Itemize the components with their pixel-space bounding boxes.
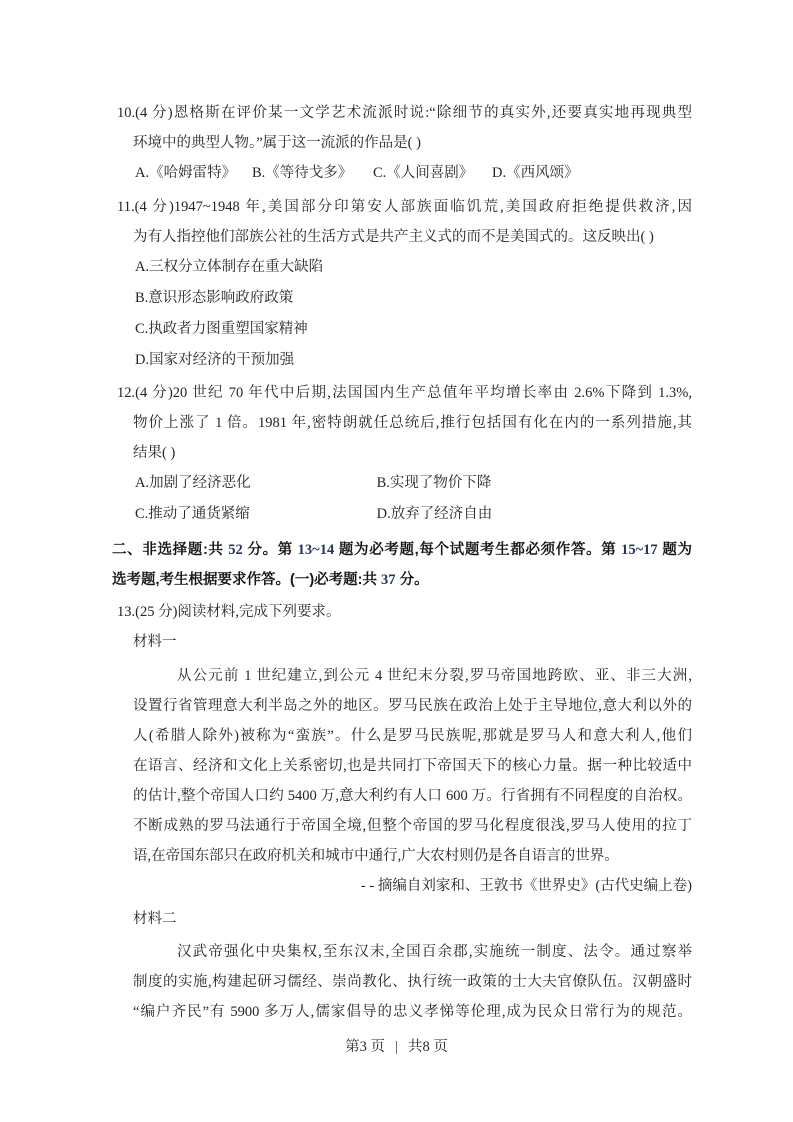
material-2-line-1: 汉武帝强化中央集权,至东汉末,全国百余郡,实施统一制度、法令。通过察举 [133, 937, 692, 967]
material-1-line-1: 从公元前 1 世纪建立,到公元 4 世纪末分裂,罗马帝国地跨欧、亚、非三大洲, [133, 661, 692, 691]
question-10: 10.(4 分)恩格斯在评价某一文学艺术流派时说:“除细节的真实外,还要真实地再… [117, 98, 692, 188]
question-12: 12.(4 分)20 世纪 70 年代中后期,法国国内生产总值年平均增长率由 2… [117, 378, 692, 530]
option-11-a: A.三权分立体制存在重大缺陷 [135, 252, 692, 283]
material-1-line-7: 语,在帝国东部只在政府机关和城市中通行,广大农村则仍是各自语言的世界。 [133, 841, 692, 871]
material-1-line-4: 在语言、经济和文化上关系密切,也是共同打下帝国天下的核心力量。据一种比较适中 [133, 751, 692, 781]
option-12-c: C.推动了通货紧缩 [135, 499, 373, 530]
question-11: 11.(4 分)1947~1948 年,美国部分印第安人部族面临饥荒,美国政府拒… [117, 192, 692, 376]
question-12-options: A.加剧了经济恶化 B.实现了物价下降 C.推动了通货紧缩 D.放弃了经济自由 [117, 468, 692, 530]
question-11-options: A.三权分立体制存在重大缺陷 B.意识形态影响政府政策 C.执政者力图重塑国家精… [117, 252, 692, 376]
question-12-line-1: 12.(4 分)20 世纪 70 年代中后期,法国国内生产总值年平均增长率由 2… [117, 378, 692, 408]
option-12-a: A.加剧了经济恶化 [135, 468, 373, 499]
material-1-attribution: - - 摘编自刘家和、王敦书《世界史》(古代史编上卷) [133, 871, 692, 901]
material-2-line-2: 制度的实施,构建起研习儒经、崇尚教化、执行统一政策的士大夫官僚队伍。汉朝盛时 [133, 967, 692, 997]
exam-page: 10.(4 分)恩格斯在评价某一文学艺术流派时说:“除细节的真实外,还要真实地再… [0, 0, 793, 1122]
footer-total-pages: 共8 页 [408, 1039, 448, 1055]
option-11-b: B.意识形态影响政府政策 [135, 283, 692, 314]
material-2-line-3: “编户齐民”有 5900 多万人,儒家倡导的忠义孝悌等伦理,成为民众日常行为的规… [133, 997, 692, 1027]
question-12-line-2: 物价上涨了 1 倍。1981 年,密特朗就任总统后,推行包括国有化在内的一系列措… [133, 408, 692, 438]
option-11-d: D.国家对经济的干预加强 [135, 345, 692, 376]
question-12-options-row-1: A.加剧了经济恶化 B.实现了物价下降 [135, 468, 692, 499]
material-1-line-3: 人(希腊人除外)被称为“蛮族”。什么是罗马民族呢,那就是罗马人和意大利人,他们 [133, 721, 692, 751]
material-1-label: 材料一 [133, 627, 692, 657]
question-12-line-3: 结果( ) [133, 438, 692, 468]
question-11-line-1: 11.(4 分)1947~1948 年,美国部分印第安人部族面临饥荒,美国政府拒… [117, 192, 692, 222]
section-2-header: 二、非选择题:共 52 分。第 13~14 题为必考题,每个试题考生都必须作答。… [117, 535, 692, 595]
material-1-paragraph: 从公元前 1 世纪建立,到公元 4 世纪末分裂,罗马帝国地跨欧、亚、非三大洲, … [117, 661, 692, 901]
material-1-line-6: 不断成熟的罗马法通行于帝国全境,但整个帝国的罗马化程度很浅,罗马人使用的拉丁 [133, 811, 692, 841]
section-2-header-line-1: 二、非选择题:共 52 分。第 13~14 题为必考题,每个试题考生都必须作答。… [112, 535, 692, 565]
page-footer: 第3 页|共8 页 [0, 1032, 793, 1062]
material-1-line-2: 设置行省管理意大利半岛之外的地区。罗马民族在政治上处于主导地位,意大利以外的 [133, 691, 692, 721]
question-13-intro: 13.(25 分)阅读材料,完成下列要求。 [117, 597, 692, 627]
option-11-c: C.执政者力图重塑国家精神 [135, 314, 692, 345]
option-10-b: B.《等待戈多》 [252, 158, 373, 188]
material-2-paragraph: 汉武帝强化中央集权,至东汉末,全国百余郡,实施统一制度、法令。通过察举 制度的实… [117, 937, 692, 1027]
option-10-a: A.《哈姆雷特》 [135, 158, 252, 188]
footer-page-number: 第3 页 [345, 1039, 385, 1055]
question-10-options: A.《哈姆雷特》 B.《等待戈多》 C.《人间喜剧》 D.《西风颂》 [135, 158, 692, 188]
question-11-line-2: 为有人指控他们部族公社的生活方式是共产主义式的而不是美国式的。这反映出( ) [133, 222, 692, 252]
question-10-line-1: 10.(4 分)恩格斯在评价某一文学艺术流派时说:“除细节的真实外,还要真实地再… [117, 98, 692, 128]
footer-divider: | [395, 1039, 398, 1055]
option-10-c: C.《人间喜剧》 [373, 158, 492, 188]
option-12-b: B.实现了物价下降 [377, 475, 492, 491]
material-2-label: 材料二 [133, 904, 692, 934]
option-10-d: D.《西风颂》 [492, 158, 579, 188]
option-12-d: D.放弃了经济自由 [377, 506, 493, 522]
material-1-line-5: 的估计,整个帝国人口约 5400 万,意大利约有人口 600 万。行省拥有不同程… [133, 781, 692, 811]
section-2-header-line-2: 选考题,考生根据要求作答。(一)必考题:共 37 分。 [112, 565, 692, 595]
question-13: 13.(25 分)阅读材料,完成下列要求。 材料一 从公元前 1 世纪建立,到公… [117, 597, 692, 1027]
question-10-line-2: 环境中的典型人物。”属于这一流派的作品是( ) [133, 128, 692, 158]
question-12-options-row-2: C.推动了通货紧缩 D.放弃了经济自由 [135, 499, 692, 530]
